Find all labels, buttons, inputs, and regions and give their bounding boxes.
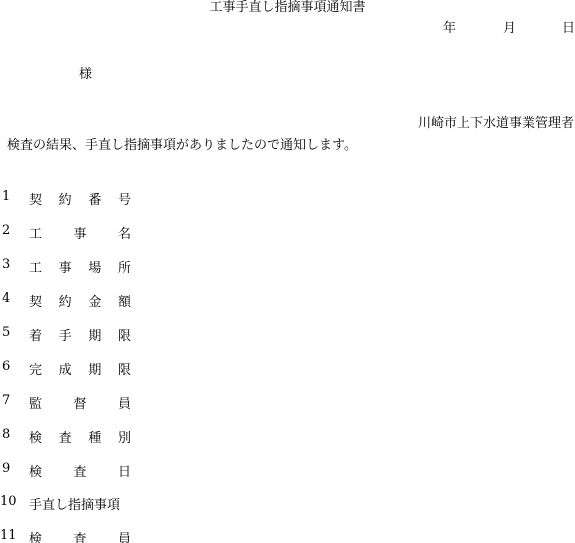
item-label-char: 手 <box>59 325 72 344</box>
item-number: 2 <box>2 223 10 238</box>
item-label-char: 限 <box>118 359 131 378</box>
item-number: 3 <box>2 257 10 272</box>
item-label: 完成期限 <box>29 359 131 378</box>
item-label-char: 契 <box>29 291 42 310</box>
item-label: 検査日 <box>29 461 131 480</box>
item-label-char: 所 <box>118 257 131 276</box>
item-label-char: 査 <box>73 461 86 480</box>
item-label-char: 工 <box>29 223 42 242</box>
item-label-char: 員 <box>118 393 131 412</box>
item-label: 検査員 <box>29 528 131 543</box>
item-label-char: 査 <box>59 427 72 446</box>
item-label-char: 検 <box>29 528 42 543</box>
item-label: 検査種別 <box>29 427 131 446</box>
item-label-char: 金 <box>88 291 101 310</box>
item-label-char: 成 <box>59 359 72 378</box>
item-label-char: 期 <box>88 325 101 344</box>
item-label: 監督員 <box>29 393 131 412</box>
date-year-label: 年 <box>443 21 456 37</box>
item-label-char: 監 <box>29 393 42 412</box>
item-label-char: 別 <box>118 427 131 446</box>
list-item: 5着手期限 <box>0 325 200 341</box>
item-label-char: 契 <box>29 189 42 208</box>
item-label-char: 約 <box>59 291 72 310</box>
item-label-char: 約 <box>59 189 72 208</box>
addressee-suffix: 様 <box>79 67 92 83</box>
item-number: 1 <box>2 189 10 204</box>
item-number: 8 <box>2 427 10 442</box>
item-label-char: 員 <box>118 528 131 543</box>
item-label-char: 工 <box>29 257 42 276</box>
date-month-label: 月 <box>503 21 516 37</box>
item-label-char: 事 <box>59 257 72 276</box>
item-number: 10 <box>0 494 17 509</box>
document-title: 工事手直し指摘事項通知書 <box>0 0 575 16</box>
item-number: 5 <box>2 325 10 340</box>
item-label: 工事名 <box>29 223 131 242</box>
item-label-char: 額 <box>118 291 131 310</box>
list-item: 8検査種別 <box>0 427 200 443</box>
item-number: 6 <box>2 359 10 374</box>
item-number: 9 <box>2 461 10 476</box>
item-label-char: 日 <box>118 461 131 480</box>
item-label-char: 種 <box>88 427 101 446</box>
item-label-char: 限 <box>118 325 131 344</box>
list-item: 7監督員 <box>0 393 200 409</box>
item-label-char: 号 <box>118 189 131 208</box>
list-item: 11検査員 <box>0 528 200 543</box>
notice-body: 検査の結果、手直し指摘事項がありましたので通知します。 <box>7 138 357 154</box>
item-label-char: 着 <box>29 325 42 344</box>
item-number: 4 <box>2 291 10 306</box>
item-label-char: 番 <box>88 189 101 208</box>
item-label-char: 事 <box>73 223 86 242</box>
item-number: 11 <box>0 528 17 543</box>
item-label-char: 場 <box>88 257 101 276</box>
list-item: 9検査日 <box>0 461 200 477</box>
item-label: 着手期限 <box>29 325 131 344</box>
item-label-char: 名 <box>118 223 131 242</box>
list-item: 1契約番号 <box>0 189 200 205</box>
item-label: 契約金額 <box>29 291 131 310</box>
item-label: 契約番号 <box>29 189 131 208</box>
list-item: 6完成期限 <box>0 359 200 375</box>
item-label-char: 検 <box>29 427 42 446</box>
list-item: 2工事名 <box>0 223 200 239</box>
item-label-char: 期 <box>88 359 101 378</box>
sender-name: 川崎市上下水道事業管理者 <box>418 116 574 132</box>
item-label-char: 検 <box>29 461 42 480</box>
item-number: 7 <box>2 393 10 408</box>
list-item: 4契約金額 <box>0 291 200 307</box>
list-item: 10手直し指摘事項 <box>0 494 200 510</box>
list-item: 3工事場所 <box>0 257 200 273</box>
date-day-label: 日 <box>562 21 575 37</box>
item-label-char: 督 <box>73 393 86 412</box>
item-label-char: 査 <box>73 528 86 543</box>
item-label-char: 完 <box>29 359 42 378</box>
item-label: 工事場所 <box>29 257 131 276</box>
item-label: 手直し指摘事項 <box>29 494 131 513</box>
